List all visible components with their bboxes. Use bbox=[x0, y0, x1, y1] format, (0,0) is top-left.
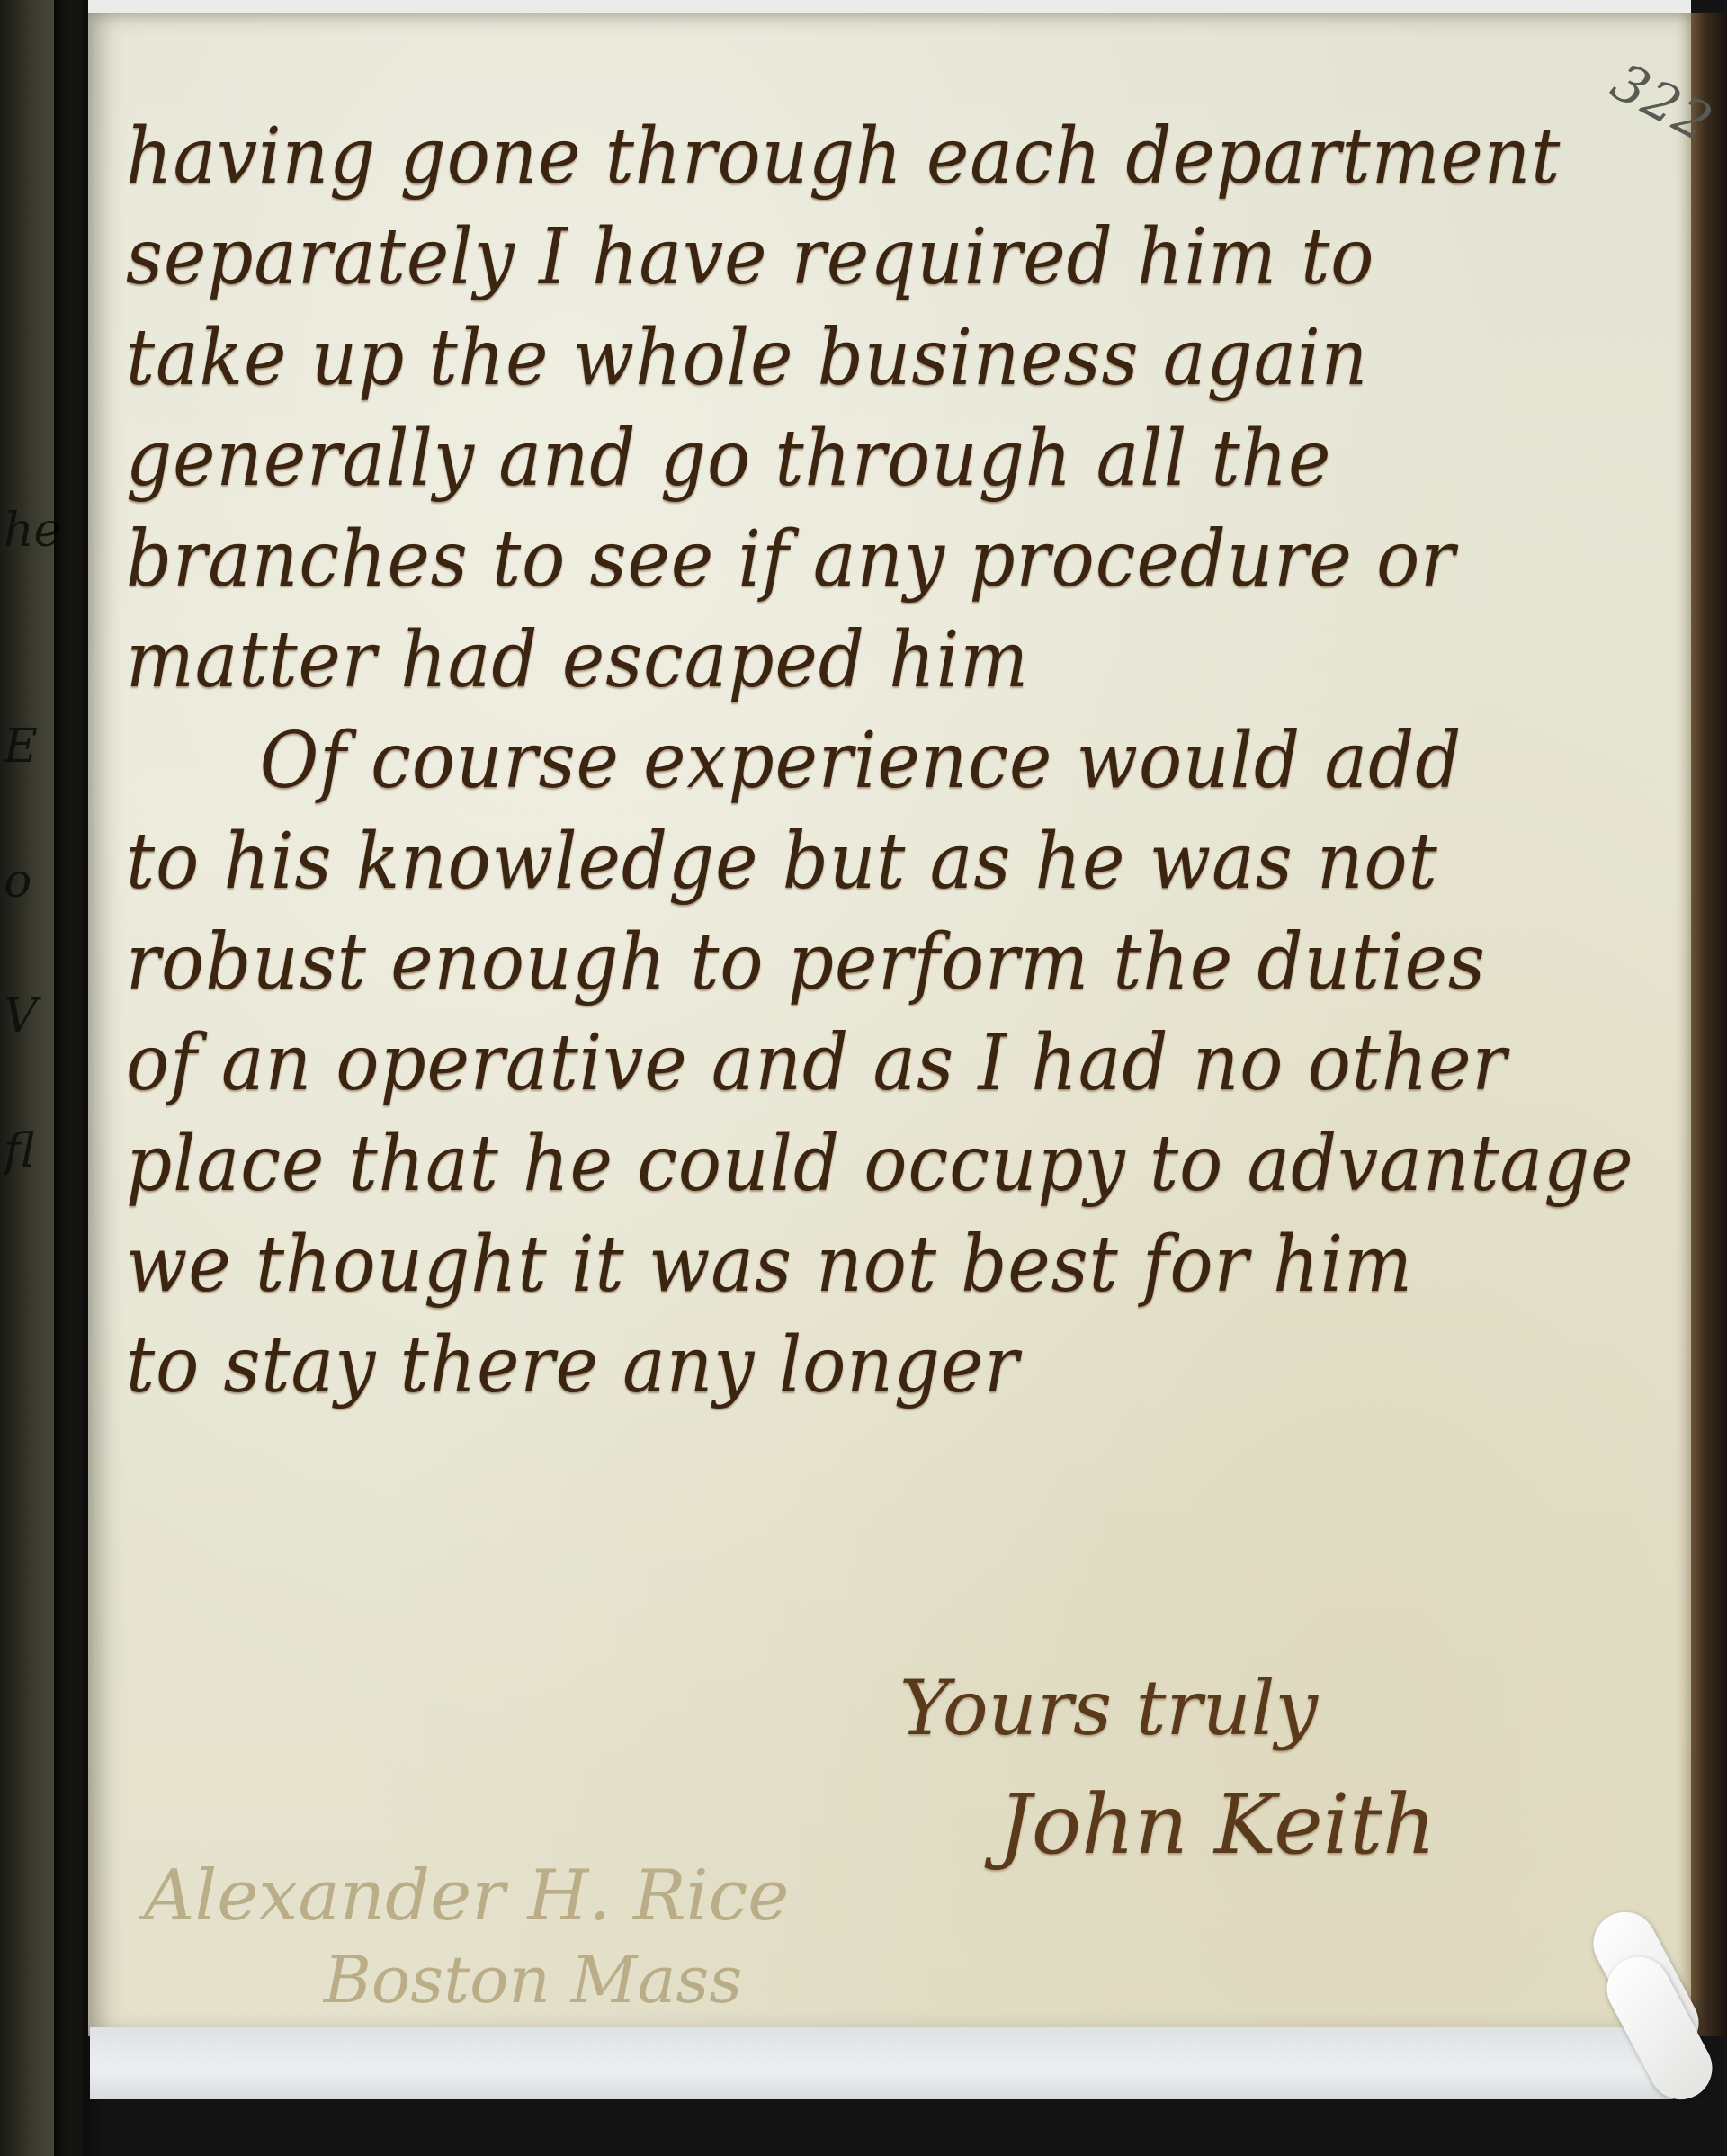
letter-line: matter had escaped him bbox=[126, 610, 1548, 711]
closing-salutation: Yours truly bbox=[899, 1664, 1318, 1752]
letter-line: branches to see if any procedure or bbox=[126, 509, 1548, 610]
letter-line: place that he could occupy to advantage bbox=[126, 1114, 1548, 1214]
bottom-paper-strip bbox=[90, 2027, 1673, 2099]
letter-line: take up the whole business again bbox=[126, 308, 1548, 408]
letter-line: of an operative and as I had no other bbox=[126, 1013, 1548, 1114]
right-binding-edge bbox=[1691, 13, 1727, 2036]
addressee-name: Alexander H. Rice bbox=[144, 1853, 789, 1939]
letter-line: to stay there any longer bbox=[126, 1315, 1548, 1416]
signature: John Keith bbox=[998, 1776, 1436, 1873]
letter-line: separately I have required him to bbox=[126, 207, 1548, 308]
letter-line: robust enough to perform the duties bbox=[126, 912, 1548, 1013]
letter-line: to his knowledge but as he was not bbox=[126, 811, 1548, 912]
letter-body: having gone through each departmentsepar… bbox=[126, 106, 1655, 1416]
letter-line: having gone through each department bbox=[126, 106, 1548, 207]
addressee-block: Alexander H. Rice Boston Mass bbox=[144, 1853, 789, 2020]
letter-line: we thought it was not best for him bbox=[126, 1214, 1548, 1315]
addressee-place: Boston Mass bbox=[144, 1939, 789, 2020]
top-paper-strip bbox=[88, 0, 1691, 13]
letter-line: Of course experience would add bbox=[126, 711, 1548, 811]
letter-line: generally and go through all the bbox=[126, 408, 1548, 509]
